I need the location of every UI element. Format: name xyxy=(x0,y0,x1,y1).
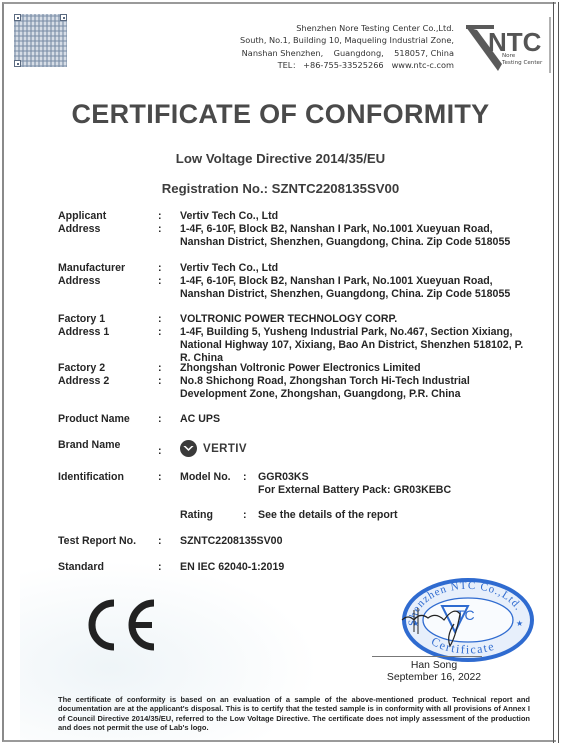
separator: : xyxy=(158,326,162,339)
registration-number: Registration No.: SZNTC2208135SV00 xyxy=(0,181,561,196)
svg-text:★: ★ xyxy=(516,619,523,628)
lab-contact-line: TEL： +86-755-33525266www.ntc-c.com xyxy=(240,59,454,71)
signature-line xyxy=(372,656,482,657)
applicant-address-line1: 1-4F, 6-10F, Block B2, Nanshan I Park, N… xyxy=(180,223,540,236)
separator: : xyxy=(243,471,247,484)
brand-logo: VERTIV xyxy=(180,440,247,457)
separator: : xyxy=(158,210,162,223)
lab-address-line2: Nanshan Shenzhen, Guangdong, 518057, Chi… xyxy=(240,47,454,59)
separator: : xyxy=(158,413,162,426)
applicant-value: Vertiv Tech Co., Ltd xyxy=(180,210,540,223)
brand-name-label: Brand Name xyxy=(58,439,148,452)
signature-date: September 16, 2022 xyxy=(374,672,494,683)
lab-address-line1: South, No.1, Building 10, Maqueling Indu… xyxy=(240,34,454,46)
test-report-label: Test Report No. xyxy=(58,535,148,548)
lab-contact-info: Shenzhen Nore Testing Center Co.,Ltd. So… xyxy=(240,22,454,72)
disclaimer-text: The certificate of conformity is based o… xyxy=(58,695,530,733)
standard-label: Standard xyxy=(58,561,148,574)
ntc-logo-sub1: Nore xyxy=(502,53,542,60)
signer-name: Han Song xyxy=(374,660,494,671)
separator: : xyxy=(158,223,162,236)
separator: : xyxy=(158,362,162,375)
directive-subtitle: Low Voltage Directive 2014/35/EU xyxy=(0,151,561,166)
separator: : xyxy=(158,471,162,484)
identification-label: Identification xyxy=(58,471,148,484)
lab-company-name: Shenzhen Nore Testing Center Co.,Ltd. xyxy=(240,22,454,34)
product-name-label: Product Name xyxy=(58,413,148,426)
address1-line2: National Highway 107, Xixiang, Bao An Di… xyxy=(180,339,540,352)
factory1-value: VOLTRONIC POWER TECHNOLOGY CORP. xyxy=(180,313,540,326)
manufacturer-value: Vertiv Tech Co., Ltd xyxy=(180,262,540,275)
applicant-address-line2: Nanshan District, Shenzhen, Guangdong, C… xyxy=(180,236,540,249)
factory2-value: Zhongshan Voltronic Power Electronics Li… xyxy=(180,362,540,375)
factory2-label: Factory 2 xyxy=(58,362,148,375)
address2-label: Address 2 xyxy=(58,375,148,388)
standard-value: EN IEC 62040-1:2019 xyxy=(180,561,540,574)
brand-name-value: VERTIV xyxy=(203,443,247,455)
lab-website: www.ntc-c.com xyxy=(392,60,454,70)
manufacturer-address-label: Address xyxy=(58,275,148,288)
ntc-logo-sub2: Testing Center xyxy=(502,60,542,67)
factory1-label: Factory 1 xyxy=(58,313,148,326)
manufacturer-address-line2: Nanshan District, Shenzhen, Guangdong, C… xyxy=(180,288,540,301)
rating-value: See the details of the report xyxy=(258,509,398,522)
qr-code-icon xyxy=(14,14,67,67)
rating-label: Rating xyxy=(180,509,213,521)
separator: : xyxy=(158,375,162,388)
address2-line2: Development Zone, Zhongshan, Guangdong, … xyxy=(180,388,540,401)
separator: : xyxy=(158,445,162,458)
model-extra-value: For External Battery Pack: GR03KEBC xyxy=(258,484,561,497)
separator: : xyxy=(158,561,162,574)
manufacturer-address-line1: 1-4F, 6-10F, Block B2, Nanshan I Park, N… xyxy=(180,275,540,288)
official-stamp-icon: Shenzhen NTC Co.,Ltd. Certificate TC ★ ★ xyxy=(398,576,536,662)
model-number-value: GGR03KS xyxy=(258,471,309,484)
applicant-label: Applicant xyxy=(58,210,148,223)
address1-label: Address 1 xyxy=(58,326,148,339)
address2-line1: No.8 Shichong Road, Zhongshan Torch Hi-T… xyxy=(180,375,540,388)
vertiv-logo-icon xyxy=(180,440,197,457)
separator: : xyxy=(158,313,162,326)
test-report-value: SZNTC2208135SV00 xyxy=(180,535,540,548)
product-name-value: AC UPS xyxy=(180,413,540,426)
address1-line1: 1-4F, Building 5, Yusheng Industrial Par… xyxy=(180,326,540,339)
ntc-logo-subtitle: Nore Testing Center xyxy=(502,53,542,66)
applicant-address-label: Address xyxy=(58,223,148,236)
separator: : xyxy=(158,275,162,288)
separator: : xyxy=(243,509,247,522)
certificate-title: CERTIFICATE OF CONFORMITY xyxy=(0,99,561,130)
model-number-label: Model No. xyxy=(180,471,231,483)
manufacturer-label: Manufacturer xyxy=(58,262,148,275)
separator: : xyxy=(158,262,162,275)
separator: : xyxy=(158,535,162,548)
lab-phone: TEL： +86-755-33525266 xyxy=(278,60,384,70)
ce-mark-icon xyxy=(84,599,159,651)
